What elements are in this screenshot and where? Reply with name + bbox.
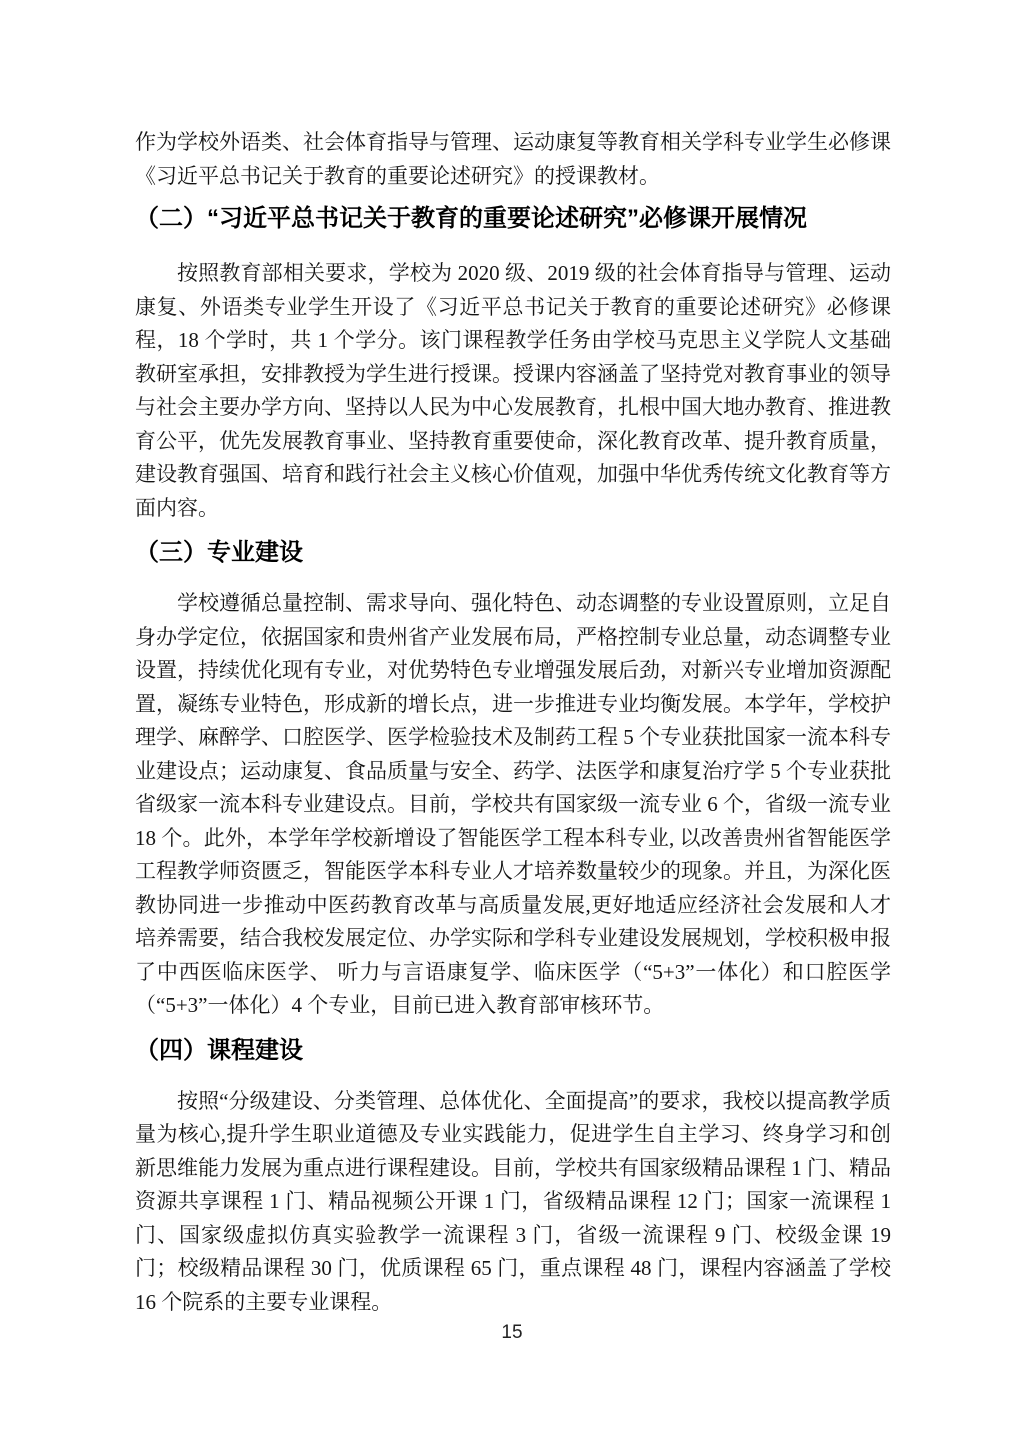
intro-continuation-paragraph: 作为学校外语类、社会体育指导与管理、运动康复等教育相关学科专业学生必修课《习近平… <box>135 126 891 193</box>
section-heading-required-course: （二）“习近平总书记关于教育的重要论述研究”必修课开展情况 <box>135 201 891 237</box>
page-number: 15 <box>0 1322 1024 1344</box>
section-paragraph-course-construction: 按照“分级建设、分类管理、总体优化、全面提高”的要求，我校以提高教学质量为核心,… <box>135 1085 891 1320</box>
document-page: 作为学校外语类、社会体育指导与管理、运动康复等教育相关学科专业学生必修课《习近平… <box>0 0 1024 1448</box>
section-paragraph-major-construction: 学校遵循总量控制、需求导向、强化特色、动态调整的专业设置原则，立足自身办学定位，… <box>135 587 891 1023</box>
section-heading-major-construction: （三）专业建设 <box>135 535 891 571</box>
section-paragraph-required-course: 按照教育部相关要求，学校为 2020 级、2019 级的社会体育指导与管理、运动… <box>135 257 891 525</box>
section-heading-course-construction: （四）课程建设 <box>135 1033 891 1069</box>
